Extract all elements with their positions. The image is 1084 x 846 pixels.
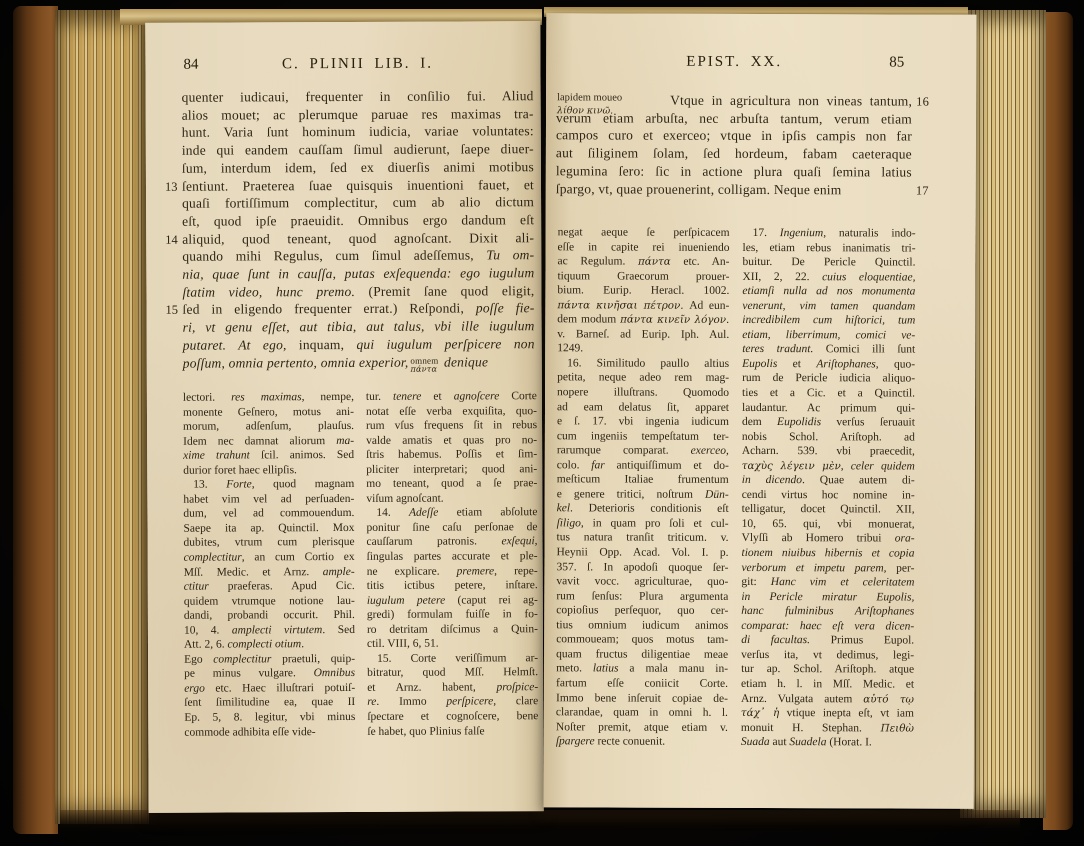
- text-line: pliciter interpretari; quod ani-: [366, 462, 537, 477]
- text-line: verſus ita, vt dedimus, legi-: [741, 648, 914, 663]
- text-line: dem modum πάντα κινεῖν λόγον.: [557, 313, 729, 328]
- book-cover-left: [13, 6, 58, 834]
- text-line: incredibilem cum hiſtorici, tum: [742, 313, 915, 328]
- text-line: nia, quae ſunt in cauſſa, putas exſequen…: [182, 264, 534, 283]
- text-line: teres tradunt. Comici illi ſunt: [742, 342, 915, 357]
- text-line: 15. Corte veriſſimum ar-: [367, 651, 538, 666]
- text-line: venerunt, vim tamen quandam: [742, 299, 915, 314]
- right-footnotes: negat aeque ſe perſpicacemeſſe in capite…: [556, 225, 916, 750]
- text-line: in Pericle miratur Eupolis,: [741, 590, 914, 605]
- text-line: ergo etc. Haec illuſtrari potuiſ-: [184, 681, 355, 696]
- text-line: e ſ. 17. vbi ingenia iudicum: [557, 414, 729, 429]
- text-line: ſum, interdum idem, ſed ex diuerſis anim…: [182, 158, 534, 177]
- text-line: aut ſiliginem ſolam, ſed hordeum, fabam …: [556, 144, 912, 163]
- text-line: in dicendo. Quae autem di-: [742, 473, 915, 488]
- text-line: inde qui eandem cauſſam ſimul audierunt,…: [182, 140, 534, 159]
- text-line: hanc fulminibus Ariſtophanes: [741, 604, 914, 619]
- text-line: quam fructus diligentiae meae: [556, 647, 728, 662]
- text-line: 14aliquid, quod teneant, quod agnoſcant.…: [182, 229, 534, 248]
- text-line: ctitur praeferas. Apud Cic.: [184, 579, 355, 594]
- text-line: commode adhibita eſſe vide-: [184, 725, 355, 740]
- text-line: putaret. At ego, inquam, qui iugulum per…: [183, 335, 535, 354]
- text-line: iugulum petere (caput rei ag-: [367, 593, 538, 608]
- text-line: laudantur. Ac primum qui-: [742, 400, 915, 415]
- text-line: 17. Ingenium, naturalis indo-: [743, 226, 916, 241]
- text-line: 15ſed in eligendo frequenter errat.) Reſ…: [182, 300, 534, 319]
- text-line: nobis Schol. Ariſtoph. ad: [742, 430, 915, 445]
- text-line: dubites, vtrum cum plerisque: [184, 535, 355, 550]
- text-line: morum, adſenſum, plauſus.: [183, 419, 354, 434]
- text-line: Acharn. 539. vbi praecedit,: [742, 444, 915, 459]
- text-line: verum etiam arbuſta, nec arbuſta tantum,…: [556, 109, 912, 128]
- text-line: πάντα κινῆσαι πέτρον. Ad eun-: [557, 298, 729, 313]
- text-line: etiamſi nulla ad nos monumenta: [742, 284, 915, 299]
- book-bottom-shadow: [60, 810, 1020, 832]
- text-line: 13. Forte, quod magnam: [183, 477, 354, 492]
- text-line: viſum agnoſcant.: [366, 491, 537, 506]
- text-line: Mſſ. Medic. et Arnz. ample-: [184, 565, 355, 580]
- text-line: v. Barneſ. ad Eurip. Iph. Aul.: [557, 327, 729, 342]
- text-line: cum ingeniis tempeſtatum ter-: [557, 429, 729, 444]
- text-line: ſpectare et cognoſcere, bene: [367, 709, 538, 724]
- text-line: Vtque in agricultura non vineas tantum,1…: [556, 91, 912, 110]
- right-main-text: Vtque in agricultura non vineas tantum,1…: [556, 91, 912, 198]
- text-line: xime trahunt ſcil. animos. Sed: [183, 448, 354, 463]
- text-line: ſtris habemus. Poſſis et ſim-: [366, 447, 537, 462]
- text-line: tur ap. Schol. Ariſtoph. atque: [741, 662, 914, 677]
- text-line: di facultas. Primus Eupol.: [741, 633, 914, 648]
- text-line: hunt. Varia ſunt hominum iudicia, variae…: [182, 123, 534, 142]
- text-line: Ego complectitur praetuli, quip-: [184, 652, 355, 667]
- text-line: valde amatis et quas pro no-: [366, 433, 537, 448]
- text-line: ſtatim video, hunc premo. (Premit ſane q…: [182, 282, 534, 301]
- text-line: ſiligo, in quam pro ſoli et cul-: [557, 516, 729, 531]
- text-line: tiquum Graecorum prouer-: [557, 269, 729, 284]
- text-line: ſpargo, vt, quae prouenerint, colligam. …: [556, 180, 912, 199]
- text-line: clarandae, quam in omni h. l.: [556, 705, 728, 720]
- left-footnotes-col1: lectori. res maximas, nempe,monente Geſn…: [183, 390, 356, 740]
- text-line: rum ſenſus: Plura argumenta: [556, 589, 728, 604]
- text-line: Noſter premit, atque etiam v.: [556, 720, 728, 735]
- text-line: dem Eupolidis verſus ſeruauit: [742, 415, 915, 430]
- text-line: re. Immo perſpicere, clare: [367, 695, 538, 710]
- text-line: quidem vtrumque notione lau-: [184, 594, 355, 609]
- text-line: etiam h. l. in Mſſ. Medic. et: [741, 677, 914, 692]
- left-footnotes: lectori. res maximas, nempe,monente Geſn…: [183, 389, 539, 740]
- text-line: tionem niuibus hibernis et copia: [741, 546, 914, 561]
- text-line: quando mihi Regulus, cum ſimul adeſſemus…: [182, 246, 534, 265]
- right-page: EPIST. XX. 85 lapidem moueo λίθον κινῶ. …: [544, 13, 977, 808]
- text-line: tus natura tranſit triticum. v.: [557, 531, 729, 546]
- text-line: 10, 4. amplecti virtutem. Sed: [184, 623, 355, 638]
- text-line: gredi) formulam fuiſſe in fo-: [367, 607, 538, 622]
- text-line: 16. Similitudo paullo altius: [557, 356, 729, 371]
- text-line: campos curo et exerceo; vtque in ipſis c…: [556, 127, 912, 146]
- text-line: ſe habet, quo Plinius falſe: [367, 724, 538, 739]
- text-line: Suada aut Suadela (Horat. I.: [741, 735, 914, 750]
- text-line: dum, vel ad commouendum.: [183, 506, 354, 521]
- left-running-title: 84 C. PLINII LIB. I.: [181, 55, 533, 74]
- text-line: ac Regulum. πάντα etc. An-: [557, 254, 729, 269]
- text-line: rum vſus frequens ſit in rebus: [366, 418, 537, 433]
- text-line: dandi, probandi occurit. Phil.: [184, 608, 355, 623]
- right-footnotes-col1: negat aeque ſe perſpicacemeſſe in capite…: [556, 225, 730, 749]
- text-line: Arnz. Vulgata autem αὐτό τῳ: [741, 691, 914, 706]
- text-line: kel. Deterioris conditionis eſt: [557, 502, 729, 517]
- text-line: complectitur, an cum Cortio ex: [184, 550, 355, 565]
- book-photo: { "palette":{"background":"#060504","lea…: [0, 0, 1084, 846]
- text-line: telligatur, docet Quinctil. XII,: [742, 502, 915, 517]
- text-line: 357. ſ. In apodoſi quoque ſer-: [556, 560, 728, 575]
- text-line: verborum et impetu parem, per-: [741, 561, 914, 576]
- text-line: Immo bene inſeruit copiae de-: [556, 691, 728, 706]
- text-line: bium. Eurip. Heracl. 1002.: [557, 283, 729, 298]
- text-line: 10, 65. qui, vbi monuerat,: [742, 517, 915, 532]
- text-line: 1249.: [557, 342, 729, 357]
- text-line: ad eam delatus ſit, apparet: [557, 400, 729, 415]
- text-line: ſingulas partes accurate et ple-: [367, 549, 538, 564]
- right-running-title: EPIST. XX. 85: [556, 53, 912, 71]
- text-line: eſt, quod ipſe praeuidit. Omnibus ergo d…: [182, 211, 534, 230]
- text-line: nopere illuſtrans. Quomodo: [557, 385, 729, 400]
- text-line: copioſius perſequor, quo cer-: [556, 604, 728, 619]
- text-line: titis ictibus petere, inſtare.: [367, 578, 538, 593]
- text-line: vavit vocc. agriculturae, quo-: [556, 574, 728, 589]
- text-line: durior foret haec ellipſis.: [183, 463, 354, 478]
- text-line: ro detritam diſcimus a Quin-: [367, 622, 538, 637]
- text-line: mo teneant, quod a ſe prae-: [366, 476, 537, 491]
- text-line: ponitur ſine caſu perſonae de: [366, 520, 537, 535]
- text-line: XII, 2, 22. cuius eloquentiae,: [742, 270, 915, 285]
- text-line: 14. Adeſſe etiam abſolute: [366, 506, 537, 521]
- text-line: rum de Pericle iudicia aliquo-: [742, 371, 915, 386]
- right-footnotes-col2: 17. Ingenium, naturalis indo-les, etiam …: [741, 226, 916, 750]
- text-line: Eupolis et Ariſtophanes, quo-: [742, 357, 915, 372]
- text-line: git: Hanc vim et celeritatem: [741, 575, 914, 590]
- text-line: et Arnz. habent, proſpice-: [367, 680, 538, 695]
- text-line: tius omnium iudicum animos: [556, 618, 728, 633]
- text-line: Ep. 5, 8. legitur, vbi minus: [184, 710, 355, 725]
- text-line: buitur. De Pericle Quinctil.: [742, 255, 915, 270]
- text-line: eſſe in capite rei inueniendo: [558, 240, 730, 255]
- text-line: ſpargere recte conuenit.: [556, 734, 728, 749]
- text-line: Idem nec damnat aliorum ma-: [183, 434, 354, 449]
- text-line: notat eſſe verba exquiſita, quo-: [366, 404, 537, 419]
- text-line: etiam, liberrimum, comici ve-: [742, 328, 915, 343]
- text-line: bitratur, quod Mſſ. Helmſt.: [367, 666, 538, 681]
- text-line: legumina ſero: ſic in actione plura quaſ…: [556, 162, 912, 181]
- text-line: pe minus vulgare. Omnibus: [184, 666, 355, 681]
- text-line: ctil. VIII, 6, 51.: [367, 636, 538, 651]
- text-line: lectori. res maximas, nempe,: [183, 390, 354, 405]
- text-line: colo. far antiquiſſimum et do-: [557, 458, 729, 473]
- text-line: quaſi fortiſſimum complectitur, cum ab a…: [182, 193, 534, 212]
- left-main-text: quenter iudicaui, frequenter in conſilio…: [182, 87, 535, 373]
- text-line: cendi virtus hoc nomine in-: [742, 488, 915, 503]
- left-footnotes-col2: tur. tenere et agnoſcere Cortenotat eſſe…: [366, 389, 539, 739]
- text-line: petita, neque adeo rem mag-: [557, 371, 729, 386]
- text-line: Saepe ita ap. Quinctil. Mox: [183, 521, 354, 536]
- running-title-text: EPIST. XX.: [686, 54, 782, 70]
- text-line: ταχὺς λέγειν μὲν, celer quidem: [742, 459, 915, 474]
- book-cover-right: [1043, 12, 1073, 830]
- text-line: fartum eſſe coniicit Corte.: [556, 676, 728, 691]
- text-line: rarumque comparat. exerceo,: [557, 443, 729, 458]
- text-line: meſticum Italiae frumentum: [557, 473, 729, 488]
- text-line: meto. latius a mala manu in-: [556, 662, 728, 677]
- right-page-number: 85: [889, 54, 904, 71]
- left-page: 84 C. PLINII LIB. I. quenter iudicaui, f…: [145, 21, 543, 813]
- text-line: ties et a Cic. et a Quinctil.: [742, 386, 915, 401]
- text-line: commoueam; quos motus tam-: [556, 633, 728, 648]
- text-line: cauſſarum patronis. exſequi,: [367, 535, 538, 550]
- text-line: 13ſentiunt. Praeterea ſuae quisquis inue…: [182, 176, 534, 195]
- text-line: ne explicare. premere, repe-: [367, 564, 538, 579]
- text-line: τάχ᾽ ἡ vtique inepta eſt, vt iam: [741, 706, 914, 721]
- text-line: monente Geſnero, motus ani-: [183, 405, 354, 420]
- left-page-number: 84: [183, 57, 198, 74]
- text-line: alios mouet; ac plerumque paruae res max…: [182, 105, 534, 124]
- text-line: ri, vt genu eſſet, aut tibia, aut talus,…: [183, 317, 535, 336]
- text-line: monuit H. Stephan. Πειθὼ: [741, 721, 914, 736]
- text-line: negat aeque ſe perſpicacem: [558, 225, 730, 240]
- page-fore-edge-left: [55, 10, 149, 824]
- text-line: habet vim vel ad perſuaden-: [183, 492, 354, 507]
- text-line: comparat: haec eſt vera dicen-: [741, 619, 914, 634]
- text-line: Att. 2, 6. complecti otium.: [184, 637, 355, 652]
- text-line: ſent ſimilitudine ea, quae II: [184, 695, 355, 710]
- text-line: quenter iudicaui, frequenter in conſilio…: [182, 87, 534, 106]
- text-line: tur. tenere et agnoſcere Corte: [366, 389, 537, 404]
- text-line: poſſum, omnia pertento, omnia experior,o…: [183, 353, 535, 374]
- running-title-text: C. PLINII LIB. I.: [282, 56, 433, 73]
- text-line: Vlyſſi ab Homero tribui ora-: [742, 531, 915, 546]
- text-line: e genere tritici, noſtrum Dün-: [557, 487, 729, 502]
- text-line: les, etiam rebus inanimatis tri-: [743, 240, 916, 255]
- text-line: Heynii Opp. Acad. Vol. I. p.: [556, 545, 728, 560]
